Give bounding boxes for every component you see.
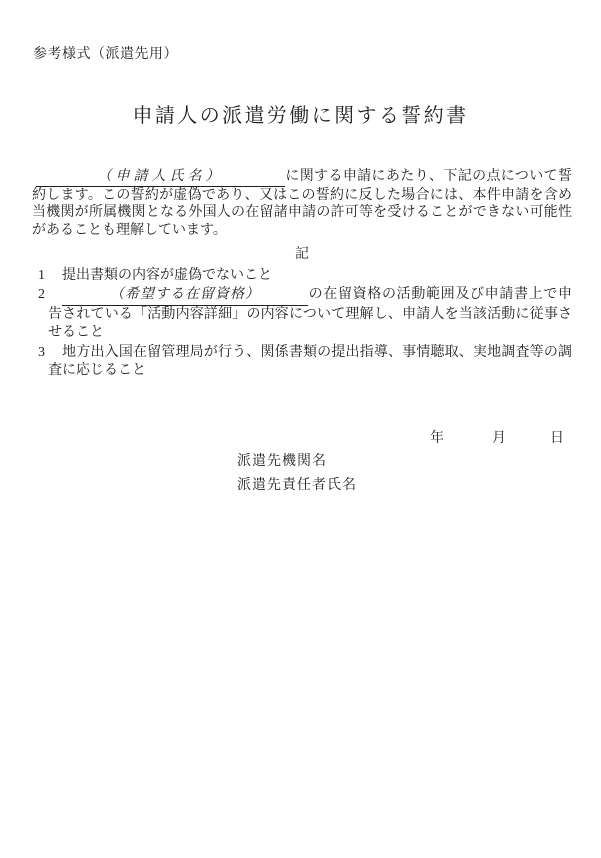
document-title: 申請人の派遣労働に関する誓約書	[0, 103, 601, 129]
item-1-text: 提出書類の内容が虚偽でないこと	[62, 268, 272, 283]
form-type-note: 参考様式（派遣先用）	[33, 46, 178, 64]
dispatch-org-name-label: 派遣先機関名	[237, 453, 327, 471]
document-body: （申請人氏名）に関する申請にあたり、下記の点について誓約します。この誓約が虚偽で…	[32, 168, 572, 381]
item-1-number: 1	[38, 267, 62, 286]
document-page: 参考様式（派遣先用） 申請人の派遣労働に関する誓約書 （申請人氏名）に関する申請…	[0, 0, 601, 858]
pledge-paragraph: （申請人氏名）に関する申請にあたり、下記の点について誓約します。この誓約が虚偽で…	[32, 168, 572, 239]
list-item-3: 3地方出入国在留管理局が行う、関係書類の提出指導、事情聴取、実地調査等の調査に応…	[32, 344, 572, 381]
pledge-list: 1提出書類の内容が虚偽でないこと 2（希望する在留資格）の在留資格の活動範囲及び…	[32, 267, 572, 381]
list-header-ki: 記	[32, 246, 572, 264]
applicant-name-blank-label: （申請人氏名）	[98, 169, 224, 184]
month-label: 月	[492, 430, 506, 448]
list-item-1: 1提出書類の内容が虚偽でないこと	[32, 267, 572, 286]
item-3-text: 地方出入国在留管理局が行う、関係書類の提出指導、事情聴取、実地調査等の調査に応じ…	[48, 345, 572, 379]
year-label: 年	[430, 430, 444, 448]
dispatch-responsible-name-label: 派遣先責任者氏名	[237, 477, 357, 495]
date-line: 年 月 日	[32, 430, 572, 448]
day-label: 日	[550, 430, 564, 448]
item-2-number: 2	[38, 286, 62, 305]
residence-status-blank-label: （希望する在留資格）	[110, 287, 260, 302]
applicant-name-blank-field: （申請人氏名）	[36, 168, 285, 187]
residence-status-blank-field: （希望する在留資格）	[62, 286, 308, 306]
item-3-number: 3	[38, 344, 62, 363]
list-item-2: 2（希望する在留資格）の在留資格の活動範囲及び申請書上で申告されている「活動内容…	[32, 286, 572, 343]
